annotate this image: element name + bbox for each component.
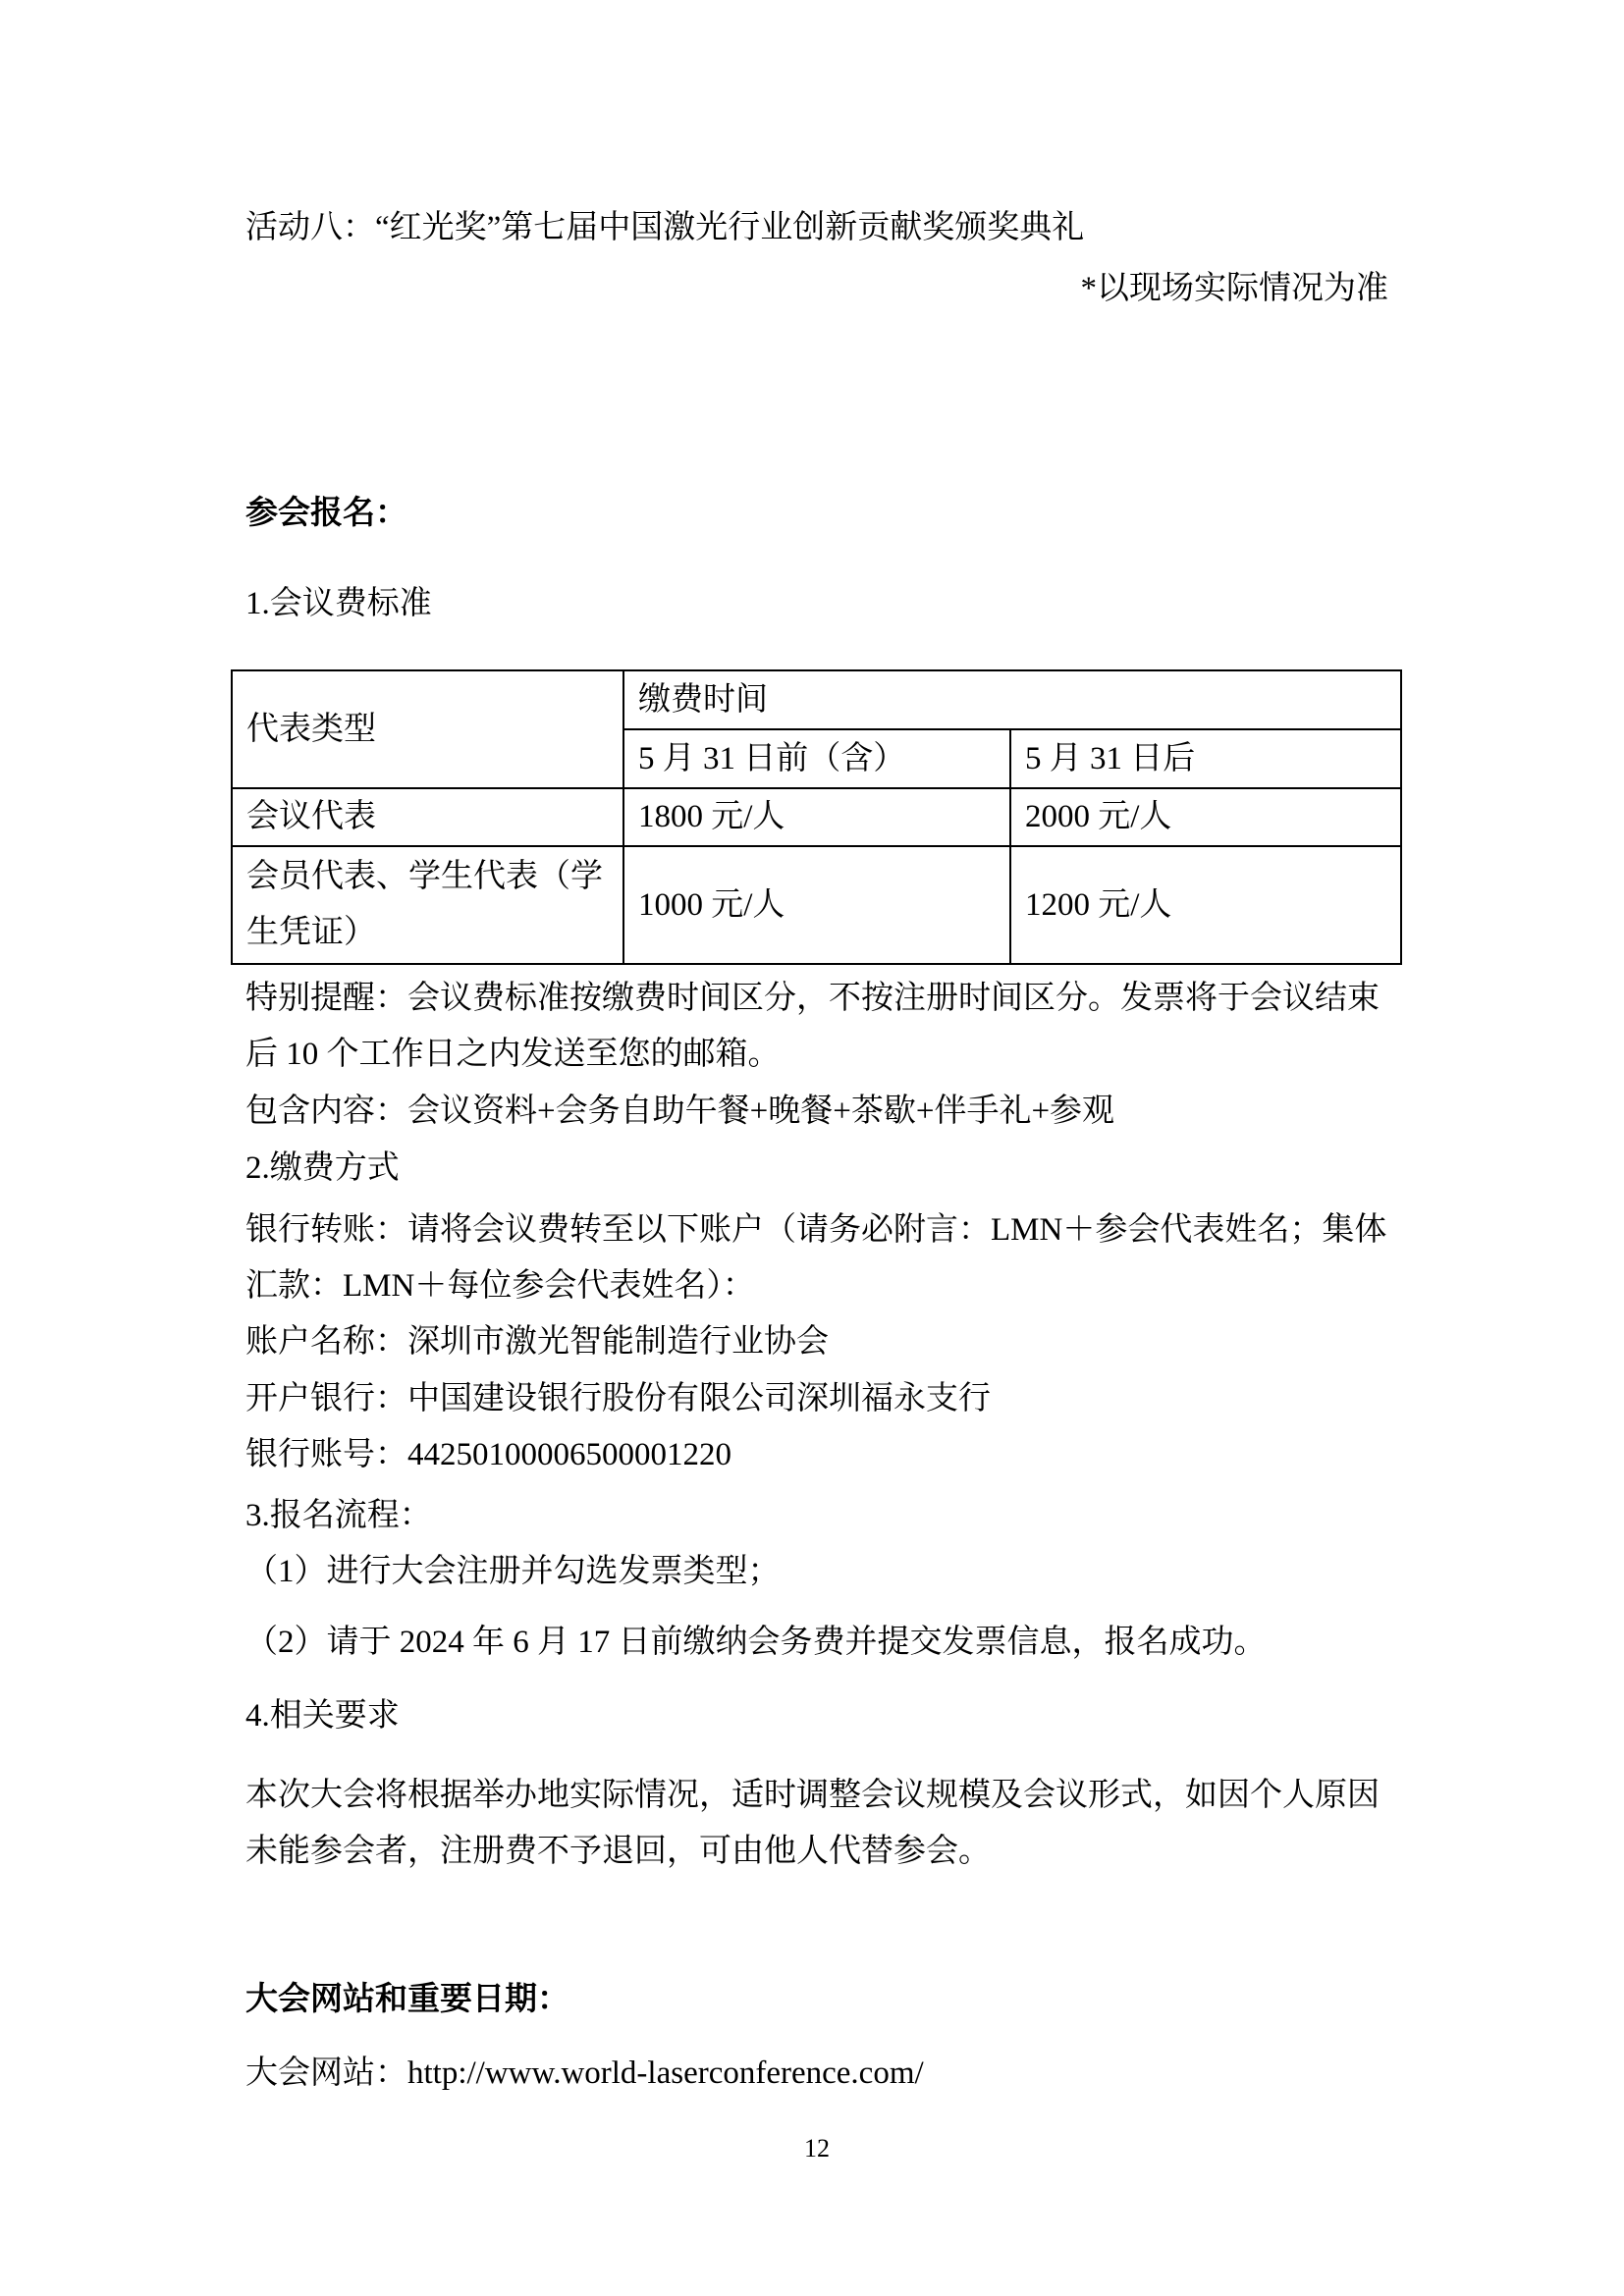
website-dates-section-heading: 大会网站和重要日期： (245, 1972, 1388, 2028)
related-requirements-title: 4.相关要求 (245, 1688, 1388, 1744)
registration-process-title: 3.报名流程： (245, 1488, 1388, 1544)
fee-table-row-member-student-delegate: 会员代表、学生代表（学生凭证） 1000 元/人 1200 元/人 (232, 846, 1401, 964)
conference-website-url[interactable]: http://www.world-laserconference.com/ (407, 2056, 924, 2091)
fee-table: 代表类型 缴费时间 5 月 31 日前（含） 5 月 31 日后 会议代表 18… (231, 669, 1402, 965)
fee-standard-title: 1.会议费标准 (245, 576, 1388, 632)
fee-table-cell-late-price: 1200 元/人 (1010, 846, 1401, 964)
account-number-line: 银行账号：44250100006500001220 (245, 1427, 1388, 1483)
registration-step-1: （1）进行大会注册并勾选发票类型； (245, 1544, 1388, 1600)
account-name-line: 账户名称：深圳市激光智能制造行业协会 (245, 1314, 1388, 1370)
fee-table-header-row-1: 代表类型 缴费时间 (232, 670, 1401, 729)
fee-table-cell-early-price: 1000 元/人 (623, 846, 1010, 964)
registration-section-heading: 参会报名： (245, 486, 1388, 542)
fee-table-cell-late-price: 2000 元/人 (1010, 788, 1401, 846)
fee-table-cell-type: 会议代表 (232, 788, 623, 846)
fee-table-header-delegate-type: 代表类型 (232, 670, 623, 788)
fee-table-cell-type: 会员代表、学生代表（学生凭证） (232, 846, 623, 964)
note-line: *以现场实际情况为准 (245, 261, 1388, 317)
activity-line: 活动八：“红光奖”第七届中国激光行业创新贡献奖颁奖典礼 (245, 200, 1388, 256)
payment-method-title: 2.缴费方式 (245, 1141, 1388, 1197)
bank-name-line: 开户银行：中国建设银行股份有限公司深圳福永支行 (245, 1371, 1388, 1427)
registration-step-2: （2）请于 2024 年 6 月 17 日前缴纳会务费并提交发票信息，报名成功。 (245, 1615, 1388, 1671)
fee-table-subheader-after-may31: 5 月 31 日后 (1010, 729, 1401, 788)
website-line: 大会网站：http://www.world-laserconference.co… (245, 2046, 1388, 2102)
fee-table-subheader-before-may31: 5 月 31 日前（含） (623, 729, 1010, 788)
website-line-label: 大会网站： (245, 2056, 407, 2091)
document-page: 活动八：“红光奖”第七届中国激光行业创新贡献奖颁奖典礼 *以现场实际情况为准 参… (0, 0, 1624, 2296)
fee-table-header-payment-time: 缴费时间 (623, 670, 1401, 729)
special-reminder-text: 特别提醒：会议费标准按缴费时间区分，不按注册时间区分。发票将于会议结束后 10 … (245, 971, 1388, 1083)
included-content-text: 包含内容：会议资料+会务自助午餐+晚餐+茶歇+伴手礼+参观 (245, 1084, 1388, 1140)
fee-table-cell-early-price: 1800 元/人 (623, 788, 1010, 846)
fee-table-row-conference-delegate: 会议代表 1800 元/人 2000 元/人 (232, 788, 1401, 846)
page-number: 12 (245, 2120, 1388, 2176)
bank-transfer-instructions: 银行转账：请将会议费转至以下账户（请务必附言：LMN＋参会代表姓名；集体汇款：L… (245, 1202, 1388, 1314)
related-requirements-text: 本次大会将根据举办地实际情况，适时调整会议规模及会议形式，如因个人原因未能参会者… (245, 1768, 1388, 1880)
